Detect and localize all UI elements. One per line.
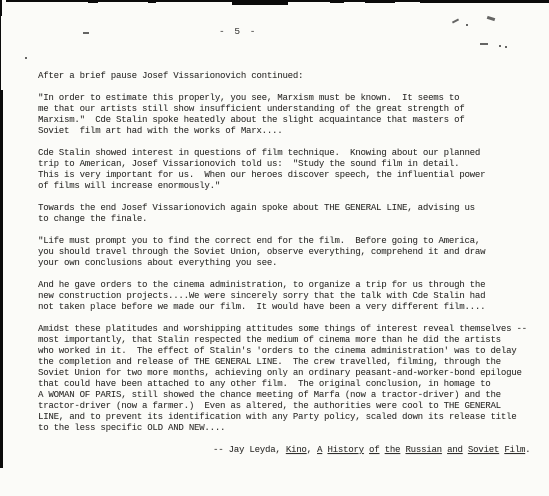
scan-edge-left-thin	[0, 16, 1, 90]
pencil-mark	[480, 43, 488, 45]
citation-text: -- Jay Leyda,	[213, 445, 286, 455]
scan-edge-top-right	[420, 0, 549, 3]
scan-edge-top-tick	[148, 0, 156, 3]
scan-edge-top-tick	[330, 0, 344, 3]
page-number: - 5 -	[219, 26, 258, 37]
document-page: - 5 - After a brief pause Josef Vissario…	[0, 0, 549, 496]
scan-edge-top-tick	[365, 0, 395, 3]
citation-title-word: Soviet	[468, 445, 499, 455]
paragraph: "Life must prompt you to find the correc…	[38, 236, 530, 269]
scan-edge-top-tick	[88, 0, 98, 3]
citation-text: ,	[307, 445, 317, 455]
ink-speck	[83, 32, 89, 34]
ink-speck	[25, 57, 27, 59]
pencil-mark	[487, 16, 496, 21]
pencil-mark	[452, 18, 459, 23]
paragraph: Amidst these platitudes and worshipping …	[38, 324, 530, 434]
citation-text: .	[525, 445, 530, 455]
paragraph: Cde Stalin showed interest in questions …	[38, 148, 530, 192]
scan-edge-left-thick	[0, 90, 3, 468]
citation-title-word: Film	[504, 445, 525, 455]
scan-edge-left-corner	[0, 0, 2, 16]
citation-title-word: of	[369, 445, 379, 455]
paragraph: After a brief pause Josef Vissarionovich…	[38, 71, 530, 82]
pencil-mark	[505, 46, 507, 48]
citation-title-word: the	[385, 445, 401, 455]
citation-title-word: Russian	[405, 445, 441, 455]
paragraph: And he gave orders to the cinema adminis…	[38, 280, 530, 313]
document-body: After a brief pause Josef Vissarionovich…	[38, 71, 530, 456]
citation-title-word: and	[447, 445, 463, 455]
paragraph: Towards the end Josef Vissarionovich aga…	[38, 203, 530, 225]
paragraph: "In order to estimate this properly, you…	[38, 93, 530, 137]
paragraphs-container: After a brief pause Josef Vissarionovich…	[38, 71, 530, 434]
citation-title-word: Kino	[286, 445, 307, 455]
pencil-mark	[499, 45, 501, 47]
pencil-mark	[466, 24, 468, 26]
citation: -- Jay Leyda, Kino, A History of the Rus…	[213, 445, 530, 456]
citation-title-word: History	[327, 445, 363, 455]
scan-edge-top-thick	[232, 0, 288, 5]
